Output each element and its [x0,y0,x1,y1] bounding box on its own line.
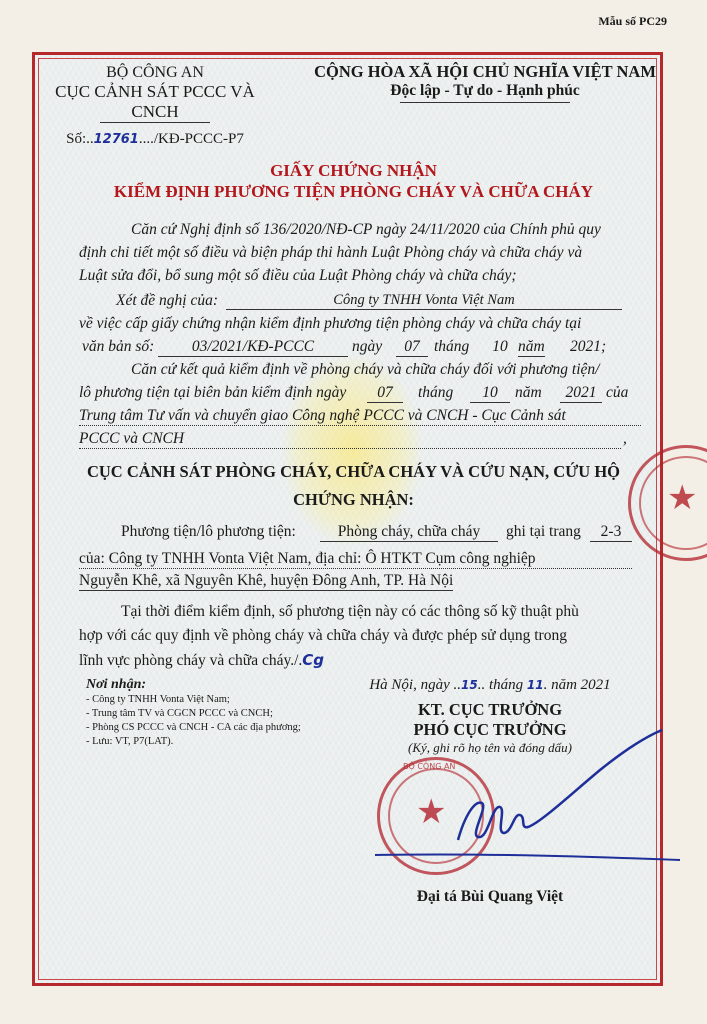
inspection-day: 07 [367,384,403,403]
doc-year: 2021; [570,338,606,356]
doc-ref-value: 03/2021/KĐ-PCCC [158,338,348,357]
month-label: tháng [434,338,469,356]
year-label: năm [518,338,545,357]
inspection-line1: Căn cứ kết quả kiểm định về phòng cháy v… [131,361,599,379]
inspection-center-line1: Trung tâm Tư vấn và chuyển giao Công ngh… [79,407,641,426]
recipient-item: - Phòng CS PCCC và CNCH - CA các địa phư… [86,721,301,735]
equipment-label: Phương tiện/lô phương tiện: [121,523,296,541]
equipment-value: Phòng cháy, chữa cháy [320,523,498,542]
page-label: ghi tại trang [506,523,581,541]
doc-day: 07 [396,338,428,357]
year-label: năm [515,384,542,402]
recipient-item: - Trung tâm TV và CGCN PCCC và CNCH; [86,707,301,721]
on-behalf-title: KT. CỤC TRƯỞNG [340,700,640,720]
recipient-item: - Công ty TNHH Vonta Việt Nam; [86,693,301,707]
result-line1: Tại thời điểm kiểm định, số phương tiện … [121,603,579,621]
proposal-label: Xét đề nghị của: [116,292,218,310]
authority-name: CỤC CẢNH SÁT PHÒNG CHÁY, CHỮA CHÁY VÀ CỨ… [32,458,675,486]
certificate-subtitle: KIỂM ĐỊNH PHƯƠNG TIỆN PHÒNG CHÁY VÀ CHỮA… [32,181,675,202]
issue-date: Hà Nội, ngày ..15.. tháng 11. năm 2021 [340,677,640,694]
result-line3: lĩnh vực phòng cháy và chữa cháy./.Cg [79,651,324,670]
star-icon: ★ [667,482,697,516]
day-label: ngày [352,338,382,356]
certificate-title: GIẤY CHỨNG NHẬN [32,160,675,181]
inspection-line2: lô phương tiện tại biên bản kiểm định ng… [79,384,346,402]
handwritten-number: 12761 [94,132,139,147]
recipient-item: - Lưu: VT, P7(LAT). [86,735,301,749]
handwritten-day: 15 [461,678,478,692]
inspection-center-line2: PCCC và CNCH [79,430,621,449]
owner-line2: Nguyễn Khê, xã Nguyên Khê, huyện Đông An… [79,572,453,591]
form-code: Mẫu số PC29 [598,14,667,29]
doc-month: 10 [486,338,514,356]
document-number: Số:..12761..../KĐ-PCCC-P7 [40,131,270,148]
owner-line1: của: Công ty TNHH Vonta Việt Nam, địa ch… [79,550,632,569]
comma: , [623,430,627,448]
of-label: của [606,384,628,402]
republic-name: CỘNG HÒA XÃ HỘI CHỦ NGHĨA VIỆT NAM [300,62,670,82]
handwritten-initials: Cg [302,651,324,669]
handwritten-month: 11 [527,678,544,692]
page-value: 2-3 [590,523,632,542]
result-line2: hợp với các quy định về phòng cháy và ch… [79,627,567,645]
signer-name: Đại tá Bùi Quang Việt [340,888,640,906]
month-label: tháng [418,384,453,402]
inspection-month: 10 [470,384,510,403]
national-motto: Độc lập - Tự do - Hạnh phúc [300,82,670,100]
proposal-company: Công ty TNHH Vonta Việt Nam [226,292,622,310]
inspection-year: 2021 [560,384,602,403]
handwritten-signature [370,725,690,875]
basis-decree-line1: Căn cứ Nghị định số 136/2020/NĐ-CP ngày … [131,221,601,239]
doc-ref-label: văn bản số: [82,338,154,356]
ministry-name: BỘ CÔNG AN [40,64,270,82]
basis-decree-line3: Luật sửa đổi, bổ sung một số điều của Lu… [79,267,517,285]
recipients-title: Nơi nhận: [86,677,301,693]
certifies-heading: CHỨNG NHẬN: [32,486,675,514]
basis-decree-line2: định chi tiết một số điều và biện pháp t… [79,244,582,262]
department-name: CỤC CẢNH SÁT PCCC VÀ CNCH [40,82,270,122]
proposal-line2: về việc cấp giấy chứng nhận kiểm định ph… [79,315,581,333]
